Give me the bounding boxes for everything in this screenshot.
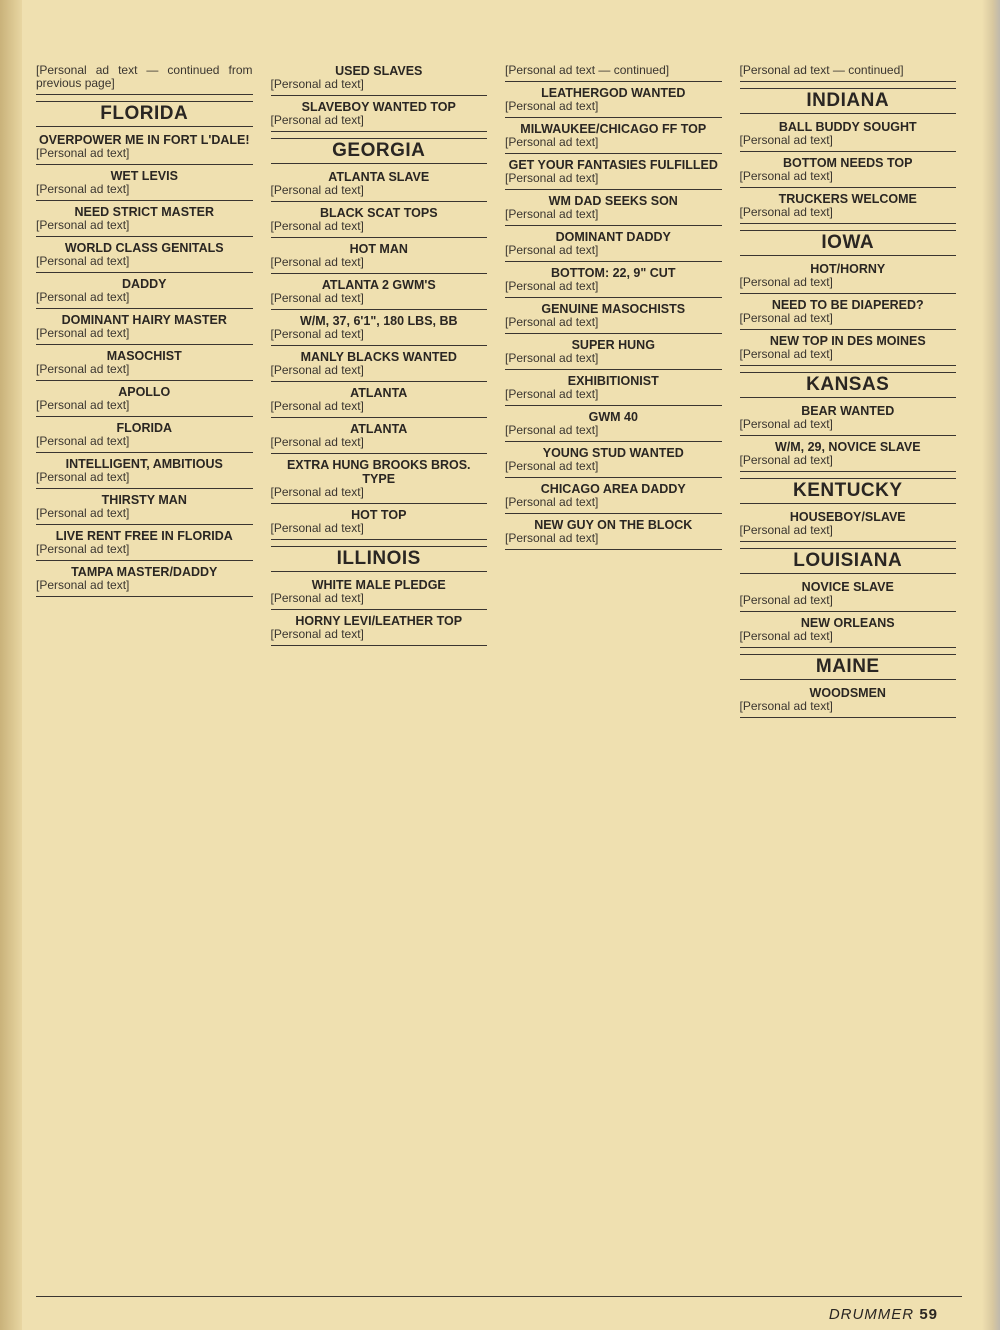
ad-body: [Personal ad text] [36,435,253,448]
classified-ad: NEED STRICT MASTER[Personal ad text] [36,203,253,237]
classified-ad: CHICAGO AREA DADDY[Personal ad text] [505,480,722,514]
ad-body: [Personal ad text] [505,316,722,329]
ad-body: [Personal ad text] [505,496,722,509]
ad-body: [Personal ad text] [740,206,957,219]
ad-body: [Personal ad text] [740,276,957,289]
ad-title: TAMPA MASTER/DADDY [36,565,253,579]
ad-body: [Personal ad text] [271,256,488,269]
classified-ad: TRUCKERS WELCOME[Personal ad text] [740,190,957,224]
ad-body: [Personal ad text] [271,486,488,499]
ad-body: [Personal ad text] [36,399,253,412]
ad-body: [Personal ad text — continued] [505,64,722,77]
ad-body: [Personal ad text] [740,700,957,713]
ad-body: [Personal ad text] [740,418,957,431]
state-heading: INDIANA [740,88,957,114]
ad-title: BOTTOM: 22, 9" CUT [505,266,722,280]
footer-rule [36,1296,962,1297]
ad-title: W/M, 29, NOVICE SLAVE [740,440,957,454]
ad-body: [Personal ad text] [271,592,488,605]
ad-title: EXTRA HUNG BROOKS BROS. TYPE [271,458,488,486]
state-heading: IOWA [740,230,957,256]
classified-ad: OVERPOWER ME IN FORT L'DALE![Personal ad… [36,131,253,165]
ad-body: [Personal ad text] [505,172,722,185]
ad-title: TRUCKERS WELCOME [740,192,957,206]
ad-title: BOTTOM NEEDS TOP [740,156,957,170]
ad-title: ATLANTA [271,422,488,436]
classified-ad: WOODSMEN[Personal ad text] [740,684,957,718]
ad-title: NEW TOP IN DES MOINES [740,334,957,348]
classified-ad: WHITE MALE PLEDGE[Personal ad text] [271,576,488,610]
ad-title: HORNY LEVI/LEATHER TOP [271,614,488,628]
classified-ad: NEW ORLEANS[Personal ad text] [740,614,957,648]
state-heading: KENTUCKY [740,478,957,504]
classified-ad: HOT/HORNY[Personal ad text] [740,260,957,294]
ad-body: [Personal ad text] [505,100,722,113]
ad-title: HOT/HORNY [740,262,957,276]
classified-ad: BOTTOM NEEDS TOP[Personal ad text] [740,154,957,188]
ad-body: [Personal ad text] [36,255,253,268]
page-footer: DRUMMER 59 [829,1306,938,1323]
ad-title: APOLLO [36,385,253,399]
classified-ad: FLORIDA[Personal ad text] [36,419,253,453]
classified-ad: DADDY[Personal ad text] [36,275,253,309]
ad-body: [Personal ad text] [271,220,488,233]
ad-body: [Personal ad text] [505,532,722,545]
classified-ad: NEED TO BE DIAPERED?[Personal ad text] [740,296,957,330]
ad-title: ATLANTA 2 GWM'S [271,278,488,292]
classified-ad: HORNY LEVI/LEATHER TOP[Personal ad text] [271,612,488,646]
classified-ad: GWM 40[Personal ad text] [505,408,722,442]
classified-ad: DOMINANT DADDY[Personal ad text] [505,228,722,262]
ad-title: SUPER HUNG [505,338,722,352]
classified-ad: WET LEVIS[Personal ad text] [36,167,253,201]
ad-body: [Personal ad text] [505,136,722,149]
classified-ad: NEW GUY ON THE BLOCK[Personal ad text] [505,516,722,550]
ad-body: [Personal ad text] [271,522,488,535]
ad-column: [Personal ad text — continued from previ… [36,62,253,1282]
ad-body: [Personal ad text] [271,114,488,127]
ad-title: DADDY [36,277,253,291]
classified-ad: NEW TOP IN DES MOINES[Personal ad text] [740,332,957,366]
classified-ad: LIVE RENT FREE IN FLORIDA[Personal ad te… [36,527,253,561]
ad-title: NEED TO BE DIAPERED? [740,298,957,312]
ad-title: LIVE RENT FREE IN FLORIDA [36,529,253,543]
ad-body: [Personal ad text] [740,630,957,643]
ad-body: [Personal ad text] [36,147,253,160]
classified-ad: W/M, 29, NOVICE SLAVE[Personal ad text] [740,438,957,472]
classified-ad: HOUSEBOY/SLAVE[Personal ad text] [740,508,957,542]
ad-title: USED SLAVES [271,64,488,78]
ad-body: [Personal ad text] [740,170,957,183]
classified-ad: APOLLO[Personal ad text] [36,383,253,417]
classified-ad: HOT TOP[Personal ad text] [271,506,488,540]
state-heading: FLORIDA [36,101,253,127]
ad-title: HOUSEBOY/SLAVE [740,510,957,524]
ad-title: INTELLIGENT, AMBITIOUS [36,457,253,471]
ad-body: [Personal ad text] [271,184,488,197]
classified-ad: W/M, 37, 6'1", 180 LBS, BB[Personal ad t… [271,312,488,346]
ad-body: [Personal ad text] [36,219,253,232]
classified-ad: MASOCHIST[Personal ad text] [36,347,253,381]
ad-title: NEW ORLEANS [740,616,957,630]
ad-title: WET LEVIS [36,169,253,183]
state-heading: LOUISIANA [740,548,957,574]
ad-body: [Personal ad text] [36,183,253,196]
classified-ad: MANLY BLACKS WANTED[Personal ad text] [271,348,488,382]
classified-ad: INTELLIGENT, AMBITIOUS[Personal ad text] [36,455,253,489]
classified-ad: NOVICE SLAVE[Personal ad text] [740,578,957,612]
ad-title: HOT MAN [271,242,488,256]
ad-body: [Personal ad text] [740,524,957,537]
classified-ad: ATLANTA[Personal ad text] [271,384,488,418]
classified-ad: [Personal ad text — continued] [505,62,722,82]
page-number: 59 [919,1306,938,1323]
state-heading: MAINE [740,654,957,680]
ad-title: FLORIDA [36,421,253,435]
ad-body: [Personal ad text] [740,594,957,607]
ad-body: [Personal ad text] [505,244,722,257]
ad-title: GENUINE MASOCHISTS [505,302,722,316]
classified-ad: USED SLAVES[Personal ad text] [271,62,488,96]
ad-title: SLAVEBOY WANTED TOP [271,100,488,114]
ad-column: [Personal ad text — continued]LEATHERGOD… [505,62,722,1282]
classified-ad: LEATHERGOD WANTED[Personal ad text] [505,84,722,118]
classified-ad: SLAVEBOY WANTED TOP[Personal ad text] [271,98,488,132]
ad-title: ATLANTA SLAVE [271,170,488,184]
ad-body: [Personal ad text — continued from previ… [36,64,253,90]
ad-title: BLACK SCAT TOPS [271,206,488,220]
ad-body: [Personal ad text] [271,400,488,413]
ad-title: NEED STRICT MASTER [36,205,253,219]
ad-body: [Personal ad text] [36,291,253,304]
ad-title: HOT TOP [271,508,488,522]
ad-body: [Personal ad text] [505,460,722,473]
ad-title: NOVICE SLAVE [740,580,957,594]
ad-body: [Personal ad text] [740,348,957,361]
ad-title: YOUNG STUD WANTED [505,446,722,460]
ad-title: OVERPOWER ME IN FORT L'DALE! [36,133,253,147]
ad-title: MANLY BLACKS WANTED [271,350,488,364]
ad-title: DOMINANT HAIRY MASTER [36,313,253,327]
classified-ad: TAMPA MASTER/DADDY[Personal ad text] [36,563,253,597]
classified-ad: ATLANTA 2 GWM'S[Personal ad text] [271,276,488,310]
ad-body: [Personal ad text] [271,292,488,305]
classified-ad: WORLD CLASS GENITALS[Personal ad text] [36,239,253,273]
classified-ad: ATLANTA[Personal ad text] [271,420,488,454]
ad-title: MASOCHIST [36,349,253,363]
ad-body: [Personal ad text — continued] [740,64,957,77]
ad-title: GWM 40 [505,410,722,424]
ad-title: EXHIBITIONIST [505,374,722,388]
state-heading: GEORGIA [271,138,488,164]
ad-body: [Personal ad text] [36,507,253,520]
classified-ad: BEAR WANTED[Personal ad text] [740,402,957,436]
ad-body: [Personal ad text] [505,208,722,221]
ad-body: [Personal ad text] [740,134,957,147]
ad-body: [Personal ad text] [271,436,488,449]
ad-body: [Personal ad text] [36,471,253,484]
ad-body: [Personal ad text] [36,543,253,556]
ad-title: WOODSMEN [740,686,957,700]
classified-ad: ATLANTA SLAVE[Personal ad text] [271,168,488,202]
ad-body: [Personal ad text] [36,327,253,340]
ad-title: BALL BUDDY SOUGHT [740,120,957,134]
classified-ad: GET YOUR FANTASIES FULFILLED[Personal ad… [505,156,722,190]
ad-column: [Personal ad text — continued]INDIANABAL… [740,62,957,1282]
page-edge [982,0,1000,1330]
ad-body: [Personal ad text] [36,363,253,376]
ad-title: WORLD CLASS GENITALS [36,241,253,255]
ad-body: [Personal ad text] [505,424,722,437]
ad-title: ATLANTA [271,386,488,400]
ad-title: GET YOUR FANTASIES FULFILLED [505,158,722,172]
state-heading: KANSAS [740,372,957,398]
ad-body: [Personal ad text] [505,352,722,365]
ad-title: DOMINANT DADDY [505,230,722,244]
ad-body: [Personal ad text] [271,628,488,641]
ad-title: NEW GUY ON THE BLOCK [505,518,722,532]
classified-ad: [Personal ad text — continued from previ… [36,62,253,95]
classified-ad: GENUINE MASOCHISTS[Personal ad text] [505,300,722,334]
classified-ad: EXHIBITIONIST[Personal ad text] [505,372,722,406]
classified-columns: [Personal ad text — continued from previ… [36,62,956,1282]
classified-ad: BOTTOM: 22, 9" CUT[Personal ad text] [505,264,722,298]
ad-title: BEAR WANTED [740,404,957,418]
classified-ad: WM DAD SEEKS SON[Personal ad text] [505,192,722,226]
ad-body: [Personal ad text] [740,454,957,467]
ad-body: [Personal ad text] [271,78,488,91]
classified-ad: THIRSTY MAN[Personal ad text] [36,491,253,525]
classified-ad: YOUNG STUD WANTED[Personal ad text] [505,444,722,478]
ad-body: [Personal ad text] [271,328,488,341]
classified-ad: BLACK SCAT TOPS[Personal ad text] [271,204,488,238]
classified-ad: [Personal ad text — continued] [740,62,957,82]
classified-ad: MILWAUKEE/CHICAGO FF TOP[Personal ad tex… [505,120,722,154]
classified-ad: HOT MAN[Personal ad text] [271,240,488,274]
ad-body: [Personal ad text] [36,579,253,592]
ad-title: THIRSTY MAN [36,493,253,507]
ad-title: WM DAD SEEKS SON [505,194,722,208]
ad-body: [Personal ad text] [740,312,957,325]
ad-body: [Personal ad text] [271,364,488,377]
ad-title: CHICAGO AREA DADDY [505,482,722,496]
ad-title: MILWAUKEE/CHICAGO FF TOP [505,122,722,136]
ad-title: WHITE MALE PLEDGE [271,578,488,592]
publication-name: DRUMMER [829,1306,914,1323]
classified-ad: EXTRA HUNG BROOKS BROS. TYPE[Personal ad… [271,456,488,504]
ad-title: W/M, 37, 6'1", 180 LBS, BB [271,314,488,328]
page-spine [0,0,22,1330]
ad-body: [Personal ad text] [505,280,722,293]
ad-body: [Personal ad text] [505,388,722,401]
classified-ad: SUPER HUNG[Personal ad text] [505,336,722,370]
ad-title: LEATHERGOD WANTED [505,86,722,100]
ad-column: USED SLAVES[Personal ad text]SLAVEBOY WA… [271,62,488,1282]
classified-ad: DOMINANT HAIRY MASTER[Personal ad text] [36,311,253,345]
state-heading: ILLINOIS [271,546,488,572]
classified-ad: BALL BUDDY SOUGHT[Personal ad text] [740,118,957,152]
